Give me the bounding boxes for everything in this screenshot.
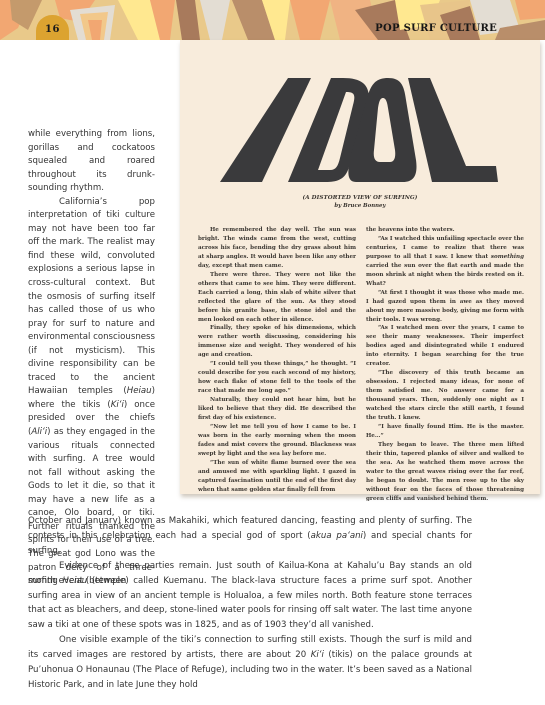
page-number: 16 (45, 24, 60, 35)
scan-paragraph: There were three. They were not like the… (198, 271, 356, 325)
scan-paragraph: “The discovery of this truth became an o… (366, 369, 524, 423)
scan-column-left: He remembered the day well. The sun was … (198, 226, 356, 495)
article-byline: by Bruce Bonney (180, 203, 540, 209)
scan-column-right: the heavens into the waters. “As I watch… (366, 226, 524, 504)
body-paragraph: Evidence of these parties remain. Just s… (28, 559, 472, 634)
body-full-width: October and January) known as Makahiki, … (28, 514, 472, 693)
article-subtitle: (A DISTORTED VIEW OF SURFING) (180, 195, 540, 201)
scan-paragraph: the heavens into the waters. (366, 226, 524, 235)
header-banner: 16 POP SURF CULTURE (0, 0, 545, 40)
scan-paragraph: “I could tell you these things,” he thou… (198, 360, 356, 396)
body-paragraph: October and January) known as Makahiki, … (28, 514, 472, 559)
section-title: POP SURF CULTURE (375, 23, 497, 34)
scan-paragraph: Naturally, they could not hear him, but … (198, 396, 356, 423)
page-number-badge: 16 (36, 15, 69, 40)
scan-paragraph: Finally, they spoke of his dimensions, w… (198, 324, 356, 360)
scan-paragraph: He remembered the day well. The sun was … (198, 226, 356, 271)
scan-paragraph: “As I watched men over the years, I came… (366, 324, 524, 369)
tribal-pattern-icon (0, 0, 545, 40)
body-paragraph: while everything from lions, gorillas an… (28, 128, 155, 196)
scanned-article-inset: IDOL (A DISTORTED VIEW OF SURFING) by Br… (180, 40, 540, 494)
scan-paragraph: “Now let me tell you of how I came to be… (198, 423, 356, 459)
idol-logo-icon: IDOL (218, 70, 498, 185)
scan-paragraph: “I have finally found Him. He is the mas… (366, 423, 524, 441)
scan-paragraph: They began to leave. The three men lifte… (366, 441, 524, 504)
body-paragraph: One visible example of the tiki’s connec… (28, 633, 472, 693)
scan-paragraph: “As I watched this unfailing spectacle o… (366, 235, 524, 289)
scan-paragraph: “At first I thought it was those who mad… (366, 289, 524, 325)
scan-paragraph: “The sun of white flame burned over the … (198, 459, 356, 495)
